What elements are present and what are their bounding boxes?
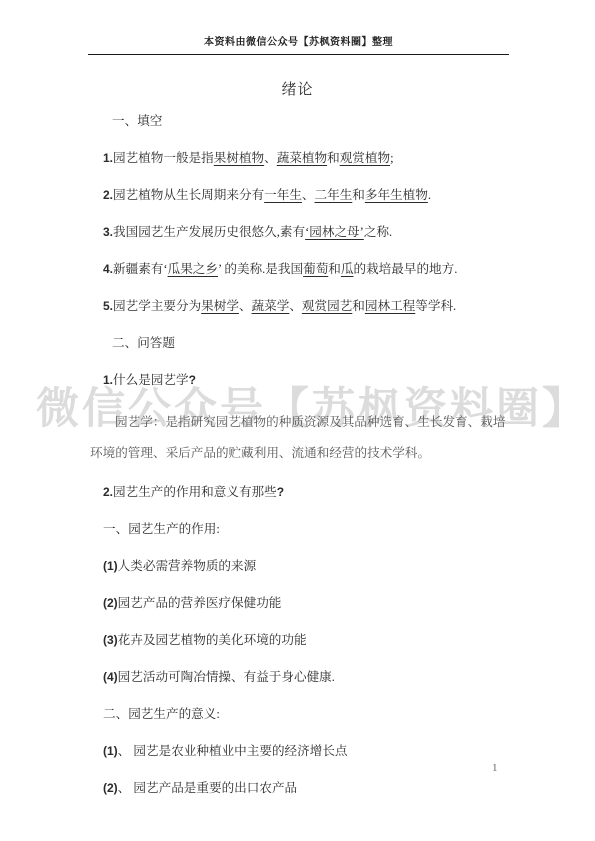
underlined-term: 观赏园艺 (302, 299, 352, 313)
heading-production-role: 一、园艺生产的作用: (90, 519, 517, 539)
text-run: 和 (328, 262, 341, 276)
text-run: 之称. (364, 225, 392, 239)
text-run: ’ 的美称.是我国 (218, 262, 303, 276)
text-run: 等学科. (415, 299, 456, 313)
text-run: 一、园艺生产的作用: (103, 522, 220, 536)
heading-questions: 二、问答题 (90, 333, 517, 353)
text-run: 二、问答题 (112, 336, 175, 350)
text-run: 园艺学：是指研究园艺植物的种质资源及其品种选育、生长发育、栽培环境的管理、采后产… (90, 415, 505, 460)
role-item-1: (1)人类必需营养物质的来源 (90, 556, 517, 576)
page-number: 1 (492, 761, 498, 775)
underlined-term: 瓜 (341, 262, 354, 276)
item-number: ? (277, 485, 284, 499)
text-run: 园艺生产的作用和意义有那些 (113, 485, 277, 499)
underlined-term: 果树植物 (214, 151, 264, 165)
item-number: (3) (103, 633, 118, 647)
text-run: 二、园艺生产的意义: (103, 707, 220, 721)
underlined-term: 蔬菜学 (252, 299, 290, 313)
underlined-term: 蔬菜植物 (277, 151, 327, 165)
item-number: 2. (103, 188, 113, 202)
text-run: 、 (289, 299, 302, 313)
text-run: 花卉及园艺植物的美化环境的功能 (118, 633, 307, 647)
underlined-term: 葡萄 (303, 262, 328, 276)
item-number: 1. (103, 151, 113, 165)
document-body: 一、填空1.园艺植物一般是指果树植物、蔬菜植物和观赏植物;2.园艺植物从生长周期… (90, 111, 517, 815)
text-run: 园艺产品的营养医疗保健功能 (118, 596, 282, 610)
header-text: 本资料由微信公众号【苏枫资料圈】整理 (204, 37, 393, 48)
text-run: 新疆素有‘ (113, 262, 168, 276)
text-run: 园艺活动可陶冶情操、有益于身心健康. (118, 670, 335, 684)
text-run: 什么是园艺学 (113, 373, 189, 387)
item-number: (2) (103, 781, 118, 795)
item-number: ? (189, 373, 196, 387)
fill-item-4: 4.新疆素有‘瓜果之乡’ 的美称.是我国葡萄和瓜的栽培最早的地方. (90, 259, 517, 279)
underlined-term: 二年生 (315, 188, 353, 202)
role-item-4: (4)园艺活动可陶冶情操、有益于身心健康. (90, 667, 517, 687)
underlined-term: 果树学 (201, 299, 239, 313)
text-run: 、 (239, 299, 252, 313)
fill-item-5: 5.园艺学主要分为果树学、蔬菜学、观赏园艺和园林工程等学科. (90, 296, 517, 316)
item-number: 4. (103, 262, 113, 276)
item-number: (1) (103, 559, 118, 573)
document-page: 本资料由微信公众号【苏枫资料圈】整理 微信公众号【苏枫资料圈】 绪论 一、填空1… (0, 0, 595, 841)
underlined-term: 瓜果之乡 (168, 262, 218, 276)
page-header: 本资料由微信公众号【苏枫资料圈】整理 (88, 36, 509, 55)
item-number: 1. (103, 373, 113, 387)
item-number: 5. (103, 299, 113, 313)
text-run: 和 (327, 151, 340, 165)
item-number: (1) (103, 744, 118, 758)
question-2: 2.园艺生产的作用和意义有那些? (90, 482, 517, 502)
text-run: 和 (352, 299, 365, 313)
text-run: 、 (302, 188, 315, 202)
role-item-3: (3)花卉及园艺植物的美化环境的功能 (90, 630, 517, 650)
text-run: 我国园艺生产发展历史很悠久,素有 (113, 225, 305, 239)
text-run: ; (390, 151, 394, 165)
answer-1: 园艺学：是指研究园艺植物的种质资源及其品种选育、生长发育、栽培环境的管理、采后产… (90, 407, 517, 469)
item-number: (4) (103, 670, 118, 684)
text-run: 园艺植物一般是指 (113, 151, 214, 165)
underlined-term: ‘园林之母’ (305, 225, 364, 239)
underlined-term: 多年生植物 (365, 188, 428, 202)
text-run: . (428, 188, 431, 202)
item-number: 2. (103, 485, 113, 499)
significance-item-2: (2)、 园艺产品是重要的出口农产品 (90, 778, 517, 798)
document-title: 绪论 (0, 80, 595, 100)
text-run: 园艺学主要分为 (113, 299, 201, 313)
text-run: 人类必需营养物质的来源 (118, 559, 257, 573)
item-number: (2) (103, 596, 118, 610)
text-run: 、 (264, 151, 277, 165)
text-run: 、 园艺产品是重要的出口农产品 (118, 781, 297, 795)
question-1: 1.什么是园艺学? (90, 370, 517, 390)
text-run: 、 园艺是农业种植业中主要的经济增长点 (118, 744, 348, 758)
text-run: 园艺植物从生长周期来分有 (113, 188, 264, 202)
text-run: 的栽培最早的地方. (353, 262, 457, 276)
underlined-term: 一年生 (264, 188, 302, 202)
significance-item-1: (1)、 园艺是农业种植业中主要的经济增长点 (90, 741, 517, 761)
fill-item-3: 3.我国园艺生产发展历史很悠久,素有‘园林之母’之称. (90, 222, 517, 242)
role-item-2: (2)园艺产品的营养医疗保健功能 (90, 593, 517, 613)
text-run: 一、填空 (112, 114, 162, 128)
underlined-term: 观赏植物 (340, 151, 390, 165)
heading-production-significance: 二、园艺生产的意义: (90, 704, 517, 724)
underlined-term: 园林工程 (365, 299, 415, 313)
text-run: 和 (352, 188, 365, 202)
fill-item-2: 2.园艺植物从生长周期来分有一年生、二年生和多年生植物. (90, 185, 517, 205)
fill-item-1: 1.园艺植物一般是指果树植物、蔬菜植物和观赏植物; (90, 148, 517, 168)
item-number: 3. (103, 225, 113, 239)
heading-fill-in-blanks: 一、填空 (90, 111, 517, 131)
